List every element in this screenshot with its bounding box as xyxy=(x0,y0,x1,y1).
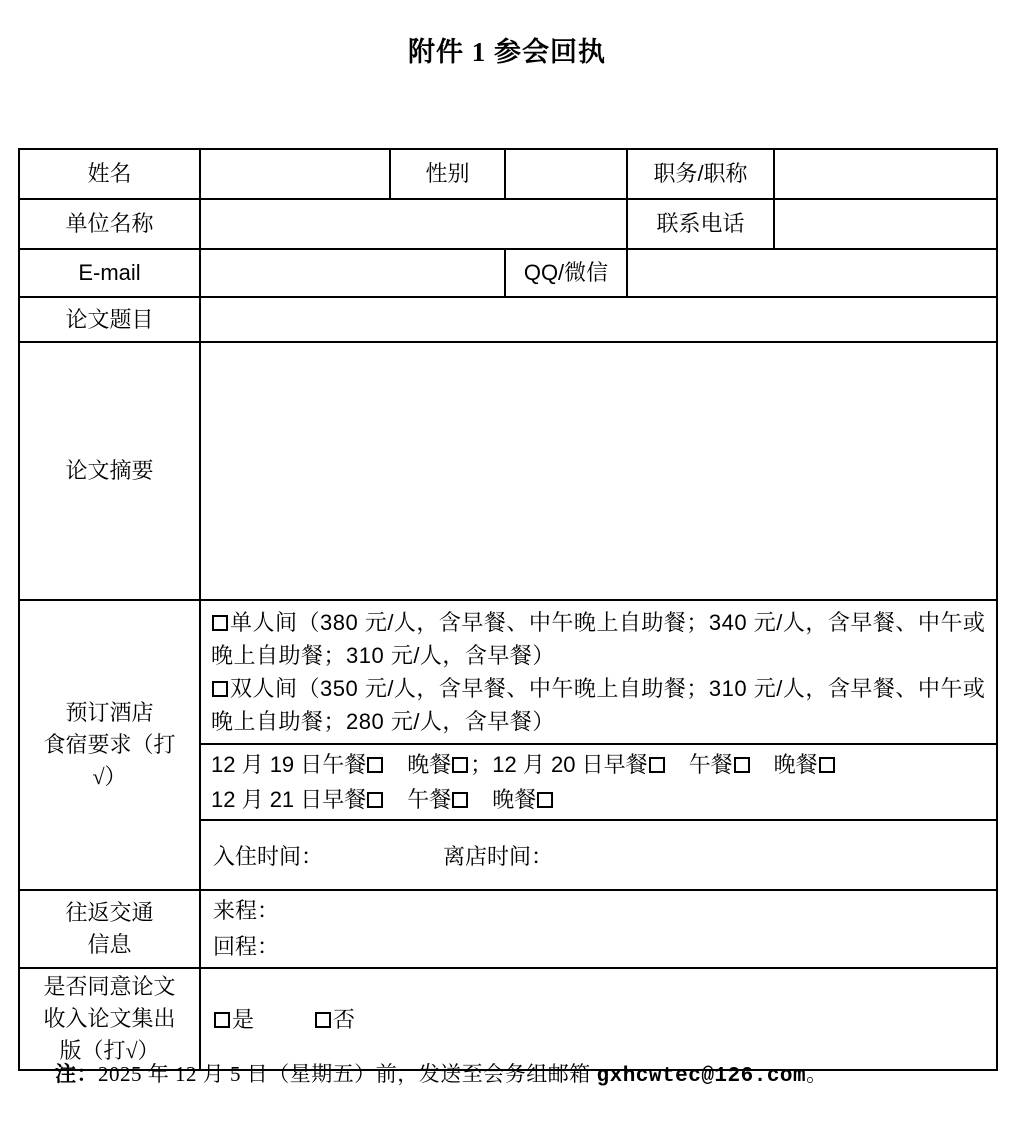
meal-checkbox[interactable] xyxy=(537,792,553,808)
phone-label: 联系电话 xyxy=(627,199,774,249)
table-row: 单位名称 联系电话 xyxy=(19,199,997,249)
checkout-label: 离店时间： xyxy=(443,844,553,869)
meal-label: 12 月 21 日早餐 xyxy=(211,787,366,812)
meal-checkbox[interactable] xyxy=(734,757,750,773)
email-input-cell[interactable] xyxy=(200,249,505,297)
meal-checkbox[interactable] xyxy=(649,757,665,773)
meal-checkbox[interactable] xyxy=(452,757,468,773)
transport-label: 往返交通 信息 xyxy=(19,890,200,968)
table-row: 往返交通 信息 来程： 回程： xyxy=(19,890,997,968)
publish-consent-label: 是否同意论文 收入论文集出 版（打√） xyxy=(19,968,200,1070)
stay-times-cell: 入住时间：离店时间： xyxy=(200,820,997,890)
paper-title-input-cell[interactable] xyxy=(200,297,997,342)
registration-form-table: 姓名 性别 职务/职称 单位名称 联系电话 E-mail QQ/微信 论文题目 … xyxy=(18,148,998,1071)
note-email: gxhcwtec@126.com xyxy=(597,1065,807,1088)
meal-checkbox[interactable] xyxy=(819,757,835,773)
note-body: 2025 年 12 月 5 日（星期五）前，发送至会务组邮箱 xyxy=(98,1062,597,1086)
double-room-checkbox[interactable] xyxy=(212,681,228,697)
publish-consent-cell: 是否 xyxy=(200,968,997,1070)
return-line[interactable]: 回程： xyxy=(213,929,984,965)
meal-line: 12 月 19 日午餐 晚餐；12 月 20 日早餐 午餐 晚餐 xyxy=(211,747,986,782)
note-prefix: 注： xyxy=(55,1062,98,1086)
phone-input-cell[interactable] xyxy=(774,199,997,249)
page-title: 附件 1 参会回执 xyxy=(0,30,1014,69)
meals-cell: 12 月 19 日午餐 晚餐；12 月 20 日早餐 午餐 晚餐 12 月 21… xyxy=(200,744,997,820)
publish-yes-checkbox[interactable] xyxy=(214,1012,230,1028)
table-row: 预订酒店 食宿要求（打 √） 单人间（380 元/人，含早餐、中午晚上自助餐；3… xyxy=(19,600,997,744)
name-input-cell[interactable] xyxy=(200,149,390,199)
email-label: E-mail xyxy=(19,249,200,297)
meal-checkbox[interactable] xyxy=(452,792,468,808)
publish-no-checkbox[interactable] xyxy=(315,1012,331,1028)
meal-label: 晚餐 xyxy=(470,787,536,812)
gender-label: 性别 xyxy=(390,149,505,199)
arrival-label: 来程： xyxy=(213,898,279,923)
double-room-option-label: 双人间（350 元/人，含早餐、中午晚上自助餐；310 元/人，含早餐、中午或晚… xyxy=(211,676,985,734)
room-options-cell: 单人间（380 元/人，含早餐、中午晚上自助餐；340 元/人，含早餐、中午或晚… xyxy=(200,600,997,744)
meal-label: 午餐 xyxy=(385,787,451,812)
document-page: 附件 1 参会回执 姓名 性别 职务/职称 单位名称 联系电话 E-mail Q… xyxy=(0,0,1014,1148)
gender-input-cell[interactable] xyxy=(505,149,627,199)
meal-checkbox[interactable] xyxy=(367,792,383,808)
note-suffix: 。 xyxy=(806,1062,828,1086)
abstract-label: 论文摘要 xyxy=(19,342,200,600)
meal-label: 晚餐 xyxy=(752,752,818,777)
qq-label: QQ/微信 xyxy=(505,249,627,297)
publish-yes-label: 是 xyxy=(232,1007,254,1032)
meal-label: 午餐 xyxy=(667,752,733,777)
publish-no-label: 否 xyxy=(333,1007,355,1032)
meal-label: ；12 月 20 日早餐 xyxy=(470,752,647,777)
meal-line: 12 月 21 日早餐 午餐 晚餐 xyxy=(211,782,986,817)
hotel-requirements-label: 预订酒店 食宿要求（打 √） xyxy=(19,600,200,890)
double-room-option: 双人间（350 元/人，含早餐、中午晚上自助餐；310 元/人，含早餐、中午或晚… xyxy=(211,672,986,738)
single-room-checkbox[interactable] xyxy=(212,615,228,631)
meal-checkbox[interactable] xyxy=(367,757,383,773)
meal-label: 晚餐 xyxy=(385,752,451,777)
table-row: 姓名 性别 职务/职称 xyxy=(19,149,997,199)
table-row: E-mail QQ/微信 xyxy=(19,249,997,297)
abstract-input-cell[interactable] xyxy=(200,342,997,600)
table-row: 论文摘要 xyxy=(19,342,997,600)
meal-label: 12 月 19 日午餐 xyxy=(211,752,366,777)
return-label: 回程： xyxy=(213,934,279,959)
org-label: 单位名称 xyxy=(19,199,200,249)
footer-note: 注：2025 年 12 月 5 日（星期五）前，发送至会务组邮箱 gxhcwte… xyxy=(55,1058,828,1088)
paper-title-label: 论文题目 xyxy=(19,297,200,342)
position-input-cell[interactable] xyxy=(774,149,997,199)
single-room-option-label: 单人间（380 元/人，含早餐、中午晚上自助餐；340 元/人，含早餐、中午或晚… xyxy=(211,610,985,668)
table-row: 论文题目 xyxy=(19,297,997,342)
arrival-line[interactable]: 来程： xyxy=(213,893,984,929)
single-room-option: 单人间（380 元/人，含早餐、中午晚上自助餐；340 元/人，含早餐、中午或晚… xyxy=(211,606,986,672)
qq-input-cell[interactable] xyxy=(627,249,997,297)
org-input-cell[interactable] xyxy=(200,199,627,249)
table-row: 是否同意论文 收入论文集出 版（打√） 是否 xyxy=(19,968,997,1070)
position-label: 职务/职称 xyxy=(627,149,774,199)
transport-cell: 来程： 回程： xyxy=(200,890,997,968)
checkin-label: 入住时间： xyxy=(213,844,323,869)
name-label: 姓名 xyxy=(19,149,200,199)
